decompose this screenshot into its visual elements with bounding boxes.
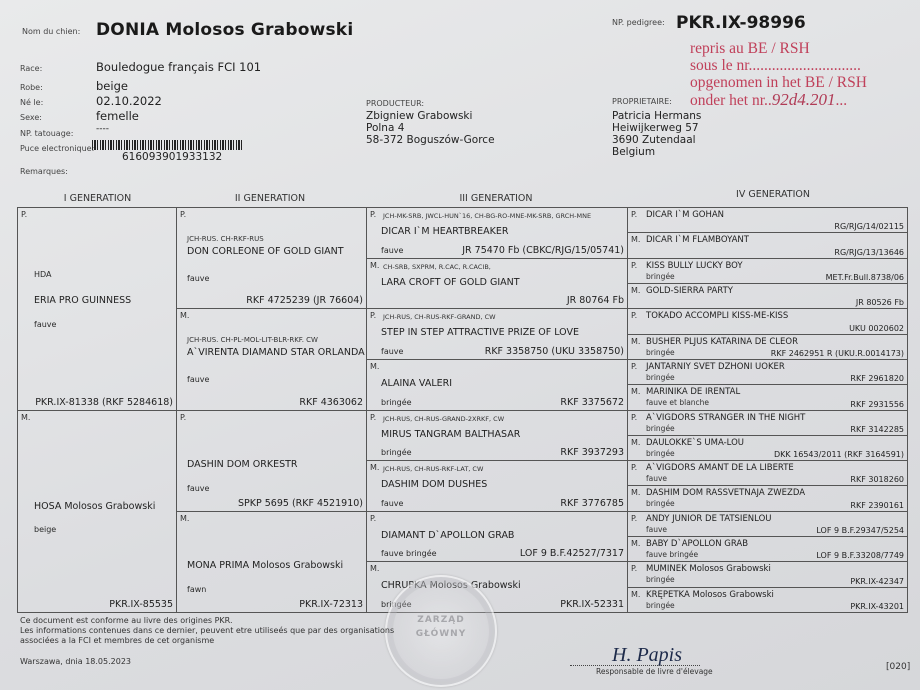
document-code: [020] (886, 662, 910, 672)
place-date: Warszawa, dnia 18.05.2023 (20, 657, 131, 667)
registration-number: RKF 3358750 (UKU 3358750) (485, 346, 624, 357)
signature-role: Responsable de livre d'élevage (596, 667, 713, 677)
ancestor-cell-gen3: P.DIAMANT D`APOLLON GRABfauve bringéeLOF… (366, 511, 628, 563)
ancestor-color: fauve (187, 484, 209, 493)
registration-number: RKF 3937293 (560, 447, 624, 458)
ancestor-cell-gen4: P.MUMINEK Molosos GrabowskibringéePKR.IX… (627, 561, 908, 587)
parent-marker: P. (631, 311, 637, 320)
generation-header-3: III GENERATION (366, 193, 626, 204)
ancestor-name: LARA CROFT OF GOLD GIANT (381, 277, 520, 288)
ancestor-color: fauve (187, 274, 209, 283)
registration-number: PKR.IX-42347 (850, 577, 904, 586)
ancestor-titles: CH-SRB, SXPRM, R.CAC, R.CACIB, (383, 263, 491, 271)
detail-label: NP. tatouage: (20, 129, 73, 138)
registration-number: RKF 2961820 (850, 374, 904, 383)
parent-marker: M. (180, 311, 189, 320)
detail-label: Robe: (20, 83, 43, 92)
registration-number: RKF 2462951 R (UKU.R.0014173) (771, 349, 904, 358)
ancestor-cell-gen3: M.JCH-RUS, CH-RUS-RKF-LAT, CWDASHIM DOM … (366, 460, 628, 512)
parent-marker: M. (631, 387, 640, 396)
parent-marker: M. (370, 261, 379, 270)
registration-number: RKF 4725239 (JR 76604) (246, 295, 363, 306)
ancestor-cell-gen4: P.TOKADO ACCOMPLI KISS-ME-KISSUKU 002060… (627, 308, 908, 334)
signature-line (570, 665, 700, 666)
ancestor-cell-gen4: M.DICAR I`M FLAMBOYANTRG/RJG/13/13646 (627, 232, 908, 258)
detail-value: beige (96, 79, 128, 93)
ancestor-name: JANTARNIY SVET DZHONI UOKER (646, 362, 785, 372)
ancestor-titles: JCH-RUS. CH-RKF-RUS (187, 235, 264, 243)
ancestor-cell-gen4: M.BABY D`APOLLON GRABfauve bringéeLOF 9 … (627, 536, 908, 562)
ancestor-cell-gen3: P.JCH-RUS, CH-RUS-RKF-GRAND, CWSTEP IN S… (366, 308, 628, 360)
ancestor-name: MIRUS TANGRAM BALTHASAR (381, 429, 520, 440)
registration-number: RKF 2390161 (850, 501, 904, 510)
detail-value: 02.10.2022 (96, 94, 162, 108)
ancestor-cell-gen1: M.HOSA Molosos GrabowskibeigePKR.IX-8553… (17, 410, 177, 614)
detail-value: Bouledogue français FCI 101 (96, 60, 261, 74)
registration-number: RKF 4363062 (299, 397, 363, 408)
ancestor-color: fauve (34, 320, 56, 329)
ancestor-color: fawn (187, 585, 206, 594)
ancestor-color: fauve (381, 246, 403, 255)
registration-number: RKF 3375672 (560, 397, 624, 408)
ancestor-name: DICAR I`M GOHAN (646, 210, 724, 220)
stamp-line: repris au BE / RSH (690, 40, 867, 57)
parent-marker: M. (370, 362, 379, 371)
parent-marker: M. (180, 514, 189, 523)
ancestor-name: A`VIRENTA DIAMAND STAR ORLANDA (187, 347, 365, 358)
ancestor-name: ERIA PRO GUINNESS (34, 295, 131, 306)
registration-number: PKR.IX-72313 (299, 599, 363, 610)
ancestor-name: BUSHER PLJUS KATARINA DE CLEOR (646, 337, 798, 347)
detail-label: Race: (20, 64, 42, 73)
stamp-line: sous le nr............................. (690, 57, 867, 74)
ancestor-cell-gen4: M.BUSHER PLJUS KATARINA DE CLEORbringéeR… (627, 334, 908, 360)
registration-number: PKR.IX-52331 (560, 599, 624, 610)
detail-label: Puce electronique: (20, 144, 94, 153)
registration-number: MET.Fr.Bull.8738/06 (826, 273, 904, 282)
registration-number: SPKP 5695 (RKF 4521910) (238, 498, 363, 509)
parent-marker: P. (370, 210, 376, 219)
ancestor-titles: JCH-RUS, CH-RUS-GRAND-2XRKF, CW (383, 415, 504, 423)
detail-value: femelle (96, 109, 139, 123)
ancestor-cell-gen2: M.MONA PRIMA Molosos GrabowskifawnPKR.IX… (176, 511, 367, 613)
ancestor-color: fauve (187, 375, 209, 384)
parent-marker: M. (631, 235, 640, 244)
ancestor-cell-gen4: P.A`VIGDORS STRANGER IN THE NIGHTbringée… (627, 410, 908, 436)
parent-marker: P. (180, 413, 186, 422)
pedigree-number-label: NP. pedigree: (612, 18, 665, 27)
registration-number: DKK 16543/2011 (RKF 3164591) (774, 450, 904, 459)
ancestor-cell-gen2: P.JCH-RUS. CH-RKF-RUSDON CORLEONE OF GOL… (176, 207, 367, 309)
registration-number: LOF 9 B.F.29347/5254 (816, 526, 904, 535)
parent-marker: M. (631, 337, 640, 346)
parent-marker: P. (631, 413, 637, 422)
ancestor-name: DON CORLEONE OF GOLD GIANT (187, 246, 344, 257)
ancestor-name: DICAR I`M HEARTBREAKER (381, 226, 508, 237)
signature: H. Papis (612, 644, 682, 667)
registration-number: RG/RJG/13/13646 (834, 248, 904, 257)
detail-label: Sexe: (20, 113, 42, 122)
detail-value: ---- (96, 124, 109, 134)
ancestor-color: bringée (646, 424, 675, 433)
ancestor-color: bringée (646, 449, 675, 458)
ancestor-name: BABY D`APOLLON GRAB (646, 539, 748, 549)
owner-address: Patricia Hermans Heiwijkerweg 57 3690 Zu… (612, 110, 701, 158)
breeder-label: PRODUCTEUR: (366, 99, 424, 108)
registration-number: JR 80526 Fb (856, 298, 904, 307)
stamp-line: onder het nr..92d4.201... (690, 91, 867, 109)
ancestor-name: DASHIM DOM RASSVETNAJA ZWEZDA (646, 488, 805, 498)
ancestor-color: bringée (646, 575, 675, 584)
ancestor-color: bringée (646, 373, 675, 382)
ancestor-color: bringée (381, 398, 412, 407)
detail-label: Né le: (20, 98, 43, 107)
ancestor-color: fauve et blanche (646, 398, 709, 407)
ancestor-color: fauve bringée (646, 550, 698, 559)
ancestor-titles: JCH-RUS. CH-PL-MOL-LIT-BLR-RKF. CW (187, 336, 318, 344)
owner-label: PROPRIETAIRE: (612, 97, 672, 106)
parent-marker: P. (370, 514, 376, 523)
ancestor-color: bringée (646, 601, 675, 610)
ancestor-name: DICAR I`M FLAMBOYANT (646, 235, 749, 245)
ancestor-name: ANDY JUNIOR DE TATSIENLOU (646, 514, 772, 524)
ancestor-name: KRĘPETKA Molosos Grabowski (646, 590, 774, 600)
ancestor-name: KISS BULLY LUCKY BOY (646, 261, 743, 271)
ancestor-name: MUMINEK Molosos Grabowski (646, 564, 771, 574)
dog-name: DONIA Molosos Grabowski (96, 20, 353, 40)
ancestor-color: fauve bringée (381, 549, 437, 558)
parent-marker: P. (370, 413, 376, 422)
ancestor-name: DAULOKKE`S UMA-LOU (646, 438, 744, 448)
ancestor-cell-gen4: M.GOLD-SIERRA PARTYJR 80526 Fb (627, 283, 908, 309)
registration-number: PKR.IX-81338 (RKF 5284618) (35, 397, 173, 408)
ancestor-color: fauve (646, 525, 667, 534)
registration-number: PKR.IX-43201 (850, 602, 904, 611)
registration-number: JR 75470 Fb (CBKC/RJG/15/05741) (462, 245, 624, 256)
ancestor-color: fauve (646, 474, 667, 483)
parent-marker: P. (370, 311, 376, 320)
ancestor-titles: JCH-RUS, CH-RUS-RKF-LAT, CW (383, 465, 483, 473)
generation-header-2: II GENERATION (180, 193, 360, 204)
parent-marker: M. (631, 539, 640, 548)
ancestor-color: beige (34, 525, 56, 534)
ancestor-cell-gen4: P.DICAR I`M GOHANRG/RJG/14/02115 (627, 207, 908, 233)
ancestor-name: MARINIKA DE IRENTAL (646, 387, 740, 397)
registration-number: RKF 3142285 (850, 425, 904, 434)
ancestor-cell-gen3: M.ALAINA VALERIbringéeRKF 3375672 (366, 359, 628, 411)
ancestor-color: fauve (381, 347, 403, 356)
ancestor-cell-gen2: M.JCH-RUS. CH-PL-MOL-LIT-BLR-RKF. CWA`VI… (176, 308, 367, 410)
ancestor-name: STEP IN STEP ATTRACTIVE PRIZE OF LOVE (381, 327, 579, 338)
registration-number: RKF 2931556 (850, 400, 904, 409)
registration-stamp: repris au BE / RSH sous le nr...........… (690, 40, 867, 109)
parent-marker: P. (631, 261, 637, 270)
registration-number: LOF 9 B.F.42527/7317 (520, 548, 624, 559)
ancestor-cell-gen4: P.ANDY JUNIOR DE TATSIENLOUfauveLOF 9 B.… (627, 511, 908, 537)
ancestor-name: DASHIN DOM ORKESTR (187, 459, 298, 470)
ancestor-name: DASHIM DOM DUSHES (381, 479, 487, 490)
parent-marker: P. (631, 564, 637, 573)
ancestor-cell-gen3: M.CH-SRB, SXPRM, R.CAC, R.CACIB,LARA CRO… (366, 258, 628, 310)
ancestor-color: bringée (646, 272, 675, 281)
ancestor-name: A`VIGDORS AMANT DE LA LIBERTE (646, 463, 794, 473)
ancestor-name: GOLD-SIERRA PARTY (646, 286, 733, 296)
detail-label: Remarques: (20, 167, 68, 176)
ancestor-color: bringée (646, 499, 675, 508)
parent-marker: M. (631, 590, 640, 599)
ancestor-titles: JCH-MK-SRB, JWCL-HUN`16, CH-BG-RO-MNE-MK… (383, 212, 591, 220)
handwritten-registration-number: 92d4.201 (772, 90, 836, 109)
parent-marker: P. (631, 463, 637, 472)
ancestor-cell-gen4: M.DAULOKKE`S UMA-LOUbringéeDKK 16543/201… (627, 435, 908, 461)
ancestor-cell-gen4: P.KISS BULLY LUCKY BOYbringéeMET.Fr.Bull… (627, 258, 908, 284)
registration-number: JR 80764 Fb (567, 295, 624, 306)
registration-number: PKR.IX-85535 (109, 599, 173, 610)
registration-number: RKF 3776785 (560, 498, 624, 509)
ancestor-cell-gen2: P.DASHIN DOM ORKESTRfauveSPKP 5695 (RKF … (176, 410, 367, 512)
parent-marker: M. (370, 564, 379, 573)
parent-marker: P. (180, 210, 186, 219)
ancestor-name: DIAMANT D`APOLLON GRAB (381, 530, 514, 541)
dog-name-label: Nom du chien: (22, 27, 80, 36)
ancestor-titles: JCH-RUS, CH-RUS-RKF-GRAND, CW (383, 313, 496, 321)
ancestor-name: HOSA Molosos Grabowski (34, 501, 155, 512)
stamp-line: opgenomen in het BE / RSH (690, 74, 867, 91)
parent-marker: M. (370, 463, 379, 472)
registration-number: RG/RJG/14/02115 (834, 222, 904, 231)
ancestor-color: fauve (381, 499, 403, 508)
pedigree-number: PKR.IX-98996 (676, 13, 806, 33)
parent-marker: M. (631, 438, 640, 447)
microchip-number: 616093901933132 (122, 151, 222, 163)
ancestor-cell-gen4: P.JANTARNIY SVET DZHONI UOKERbringéeRKF … (627, 359, 908, 385)
parent-marker: M. (21, 413, 30, 422)
generation-header-1: I GENERATION (20, 193, 175, 204)
ancestor-color: bringée (646, 348, 675, 357)
breeder-address: Zbigniew Grabowski Polna 4 58-372 Bogusz… (366, 110, 495, 146)
registration-number: UKU 0020602 (849, 324, 904, 333)
generation-header-4: IV GENERATION (628, 189, 918, 200)
ancestor-cell-gen4: M.KRĘPETKA Molosos GrabowskibringéePKR.I… (627, 587, 908, 613)
ancestor-cell-gen4: M.MARINIKA DE IRENTALfauve et blancheRKF… (627, 384, 908, 410)
ancestor-cell-gen3: P.JCH-RUS, CH-RUS-GRAND-2XRKF, CWMIRUS T… (366, 410, 628, 462)
parent-marker: P. (631, 210, 637, 219)
ancestor-name: A`VIGDORS STRANGER IN THE NIGHT (646, 413, 805, 423)
ancestor-cell-gen4: P.A`VIGDORS AMANT DE LA LIBERTEfauveRKF … (627, 460, 908, 486)
ancestor-name: MONA PRIMA Molosos Grabowski (187, 560, 343, 571)
ancestor-cell-gen3: P.JCH-MK-SRB, JWCL-HUN`16, CH-BG-RO-MNE-… (366, 207, 628, 259)
ancestor-cell-gen4: M.DASHIM DOM RASSVETNAJA ZWEZDAbringéeRK… (627, 485, 908, 511)
parent-marker: M. (631, 488, 640, 497)
ancestor-cell-gen1: P.HDAERIA PRO GUINNESSfauvePKR.IX-81338 … (17, 207, 177, 411)
ancestor-name: ALAINA VALERI (381, 378, 452, 389)
parent-marker: P. (631, 362, 637, 371)
parent-marker: M. (631, 286, 640, 295)
registration-number: LOF 9 B.F.33208/7749 (816, 551, 904, 560)
ancestor-color: bringée (381, 448, 412, 457)
ancestor-titles: HDA (34, 270, 52, 279)
ancestor-name: TOKADO ACCOMPLI KISS-ME-KISS (646, 311, 788, 321)
embossed-seal: ZARZĄD GŁÓWNY (385, 575, 497, 687)
disclaimer: Ce document est conforme au livre des or… (20, 616, 394, 646)
parent-marker: P. (631, 514, 637, 523)
microchip-barcode (92, 140, 244, 150)
registration-number: RKF 3018260 (850, 475, 904, 484)
parent-marker: P. (21, 210, 27, 219)
